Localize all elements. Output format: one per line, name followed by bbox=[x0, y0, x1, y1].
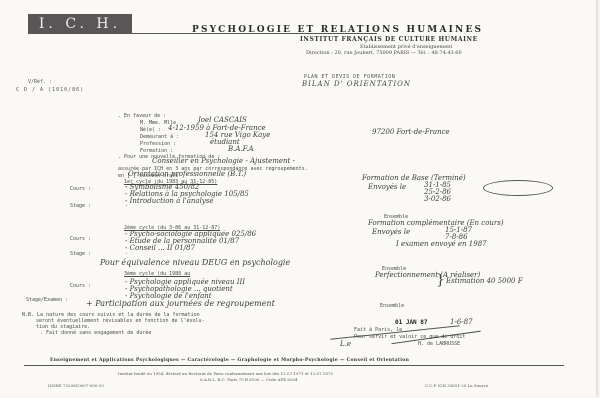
address-label: Demeurant à : bbox=[140, 134, 179, 140]
signature-initials: L.e bbox=[340, 340, 351, 348]
born-label: Né(e) : bbox=[140, 127, 161, 133]
footer-disciplines: Enseignement et Applications Psychologiq… bbox=[50, 358, 409, 363]
address-city: 97200 Fort-de-France bbox=[372, 128, 450, 136]
footer-ccp: C.C.P. ICH 33651-20 La Source bbox=[425, 383, 488, 388]
reference-label: V/Réf. : bbox=[28, 79, 52, 85]
cycle1-item: - Introduction à l'analyse bbox=[125, 197, 214, 205]
formation-value: B.A.F.A bbox=[228, 145, 254, 153]
cycle3-stage-label: Stage/Examen : bbox=[26, 297, 68, 303]
session-handwritten: Orientation professionnelle (B.T.) bbox=[128, 170, 246, 178]
cycle3-cost: Estimation 40 5000 F bbox=[446, 277, 523, 285]
document-page: I. C. H. PSYCHOLOGIE ET RELATIONS HUMAIN… bbox=[0, 0, 598, 396]
brace-mark: } bbox=[436, 272, 445, 288]
cycle2-item: - Conseil ... II 01/87 bbox=[125, 244, 195, 252]
cycle1-status-circle bbox=[483, 180, 553, 196]
cycle2-ensemble: Formation complémentaire (En cours) bbox=[368, 219, 504, 227]
extra-participation: + Participation aux journées de regroupe… bbox=[86, 299, 275, 308]
plan-handwritten-title: BILAN D' ORIENTATION bbox=[302, 80, 411, 88]
cycle2-dates-label: Envoyés le bbox=[372, 228, 410, 236]
name-value: Joel CASCAIS bbox=[198, 116, 247, 124]
cycle2-stage-item: - bbox=[125, 251, 128, 257]
cycle3-cours-label: Cours : bbox=[70, 283, 91, 289]
beneficiary-intro: . En faveur de : bbox=[118, 113, 166, 119]
cycle1-cours-label: Cours : bbox=[70, 186, 91, 192]
footer-legal-2: S.A.R.L. R.C. Paris 75 B 6100 — Code APE… bbox=[200, 377, 298, 382]
footer-legal-1: Institut fondé en 1954, déclaré au Recto… bbox=[118, 371, 333, 376]
institute-address: Direction : 20, rue Joubert, 75009 PARIS… bbox=[306, 50, 462, 56]
reference-code: C D / A (1010/86) bbox=[16, 87, 84, 93]
cycle2-stage-label: Stage : bbox=[70, 251, 91, 257]
profession-label: Profession : bbox=[140, 141, 176, 147]
footer-rule bbox=[24, 365, 564, 366]
cycle1-date: 3-02-86 bbox=[424, 195, 451, 203]
equivalence-note: Pour équivalence niveau DEUG en psycholo… bbox=[100, 258, 290, 267]
footer-insee: INSEE 7320610007-000-33 bbox=[48, 383, 104, 388]
cycle2-cours-label: Cours : bbox=[70, 236, 91, 242]
ich-logo: I. C. H. bbox=[28, 14, 132, 34]
cycle1-stage-item: - bbox=[125, 203, 128, 209]
training-value: Conseiller en Psychologie - Ajustement - bbox=[152, 157, 295, 165]
cycle1-stage-label: Stage : bbox=[70, 203, 91, 209]
signer-name: H. de LABRUSSE bbox=[418, 341, 460, 347]
extra-ensemble-label: Ensemble bbox=[380, 303, 404, 309]
document-header-title: PSYCHOLOGIE ET RELATIONS HUMAINES bbox=[192, 25, 483, 35]
cycle2-note: I examen envoyé en 1987 bbox=[396, 240, 487, 248]
cycle1-dates-label: Envoyés le bbox=[368, 183, 406, 191]
institute-name: INSTITUT FRANÇAIS DE CULTURE HUMAINE bbox=[300, 36, 478, 43]
devis-note: . Fait donné sans engagement de durée bbox=[40, 330, 151, 336]
cycle3-header: 3ème cycle (du 1988 au bbox=[124, 271, 190, 277]
